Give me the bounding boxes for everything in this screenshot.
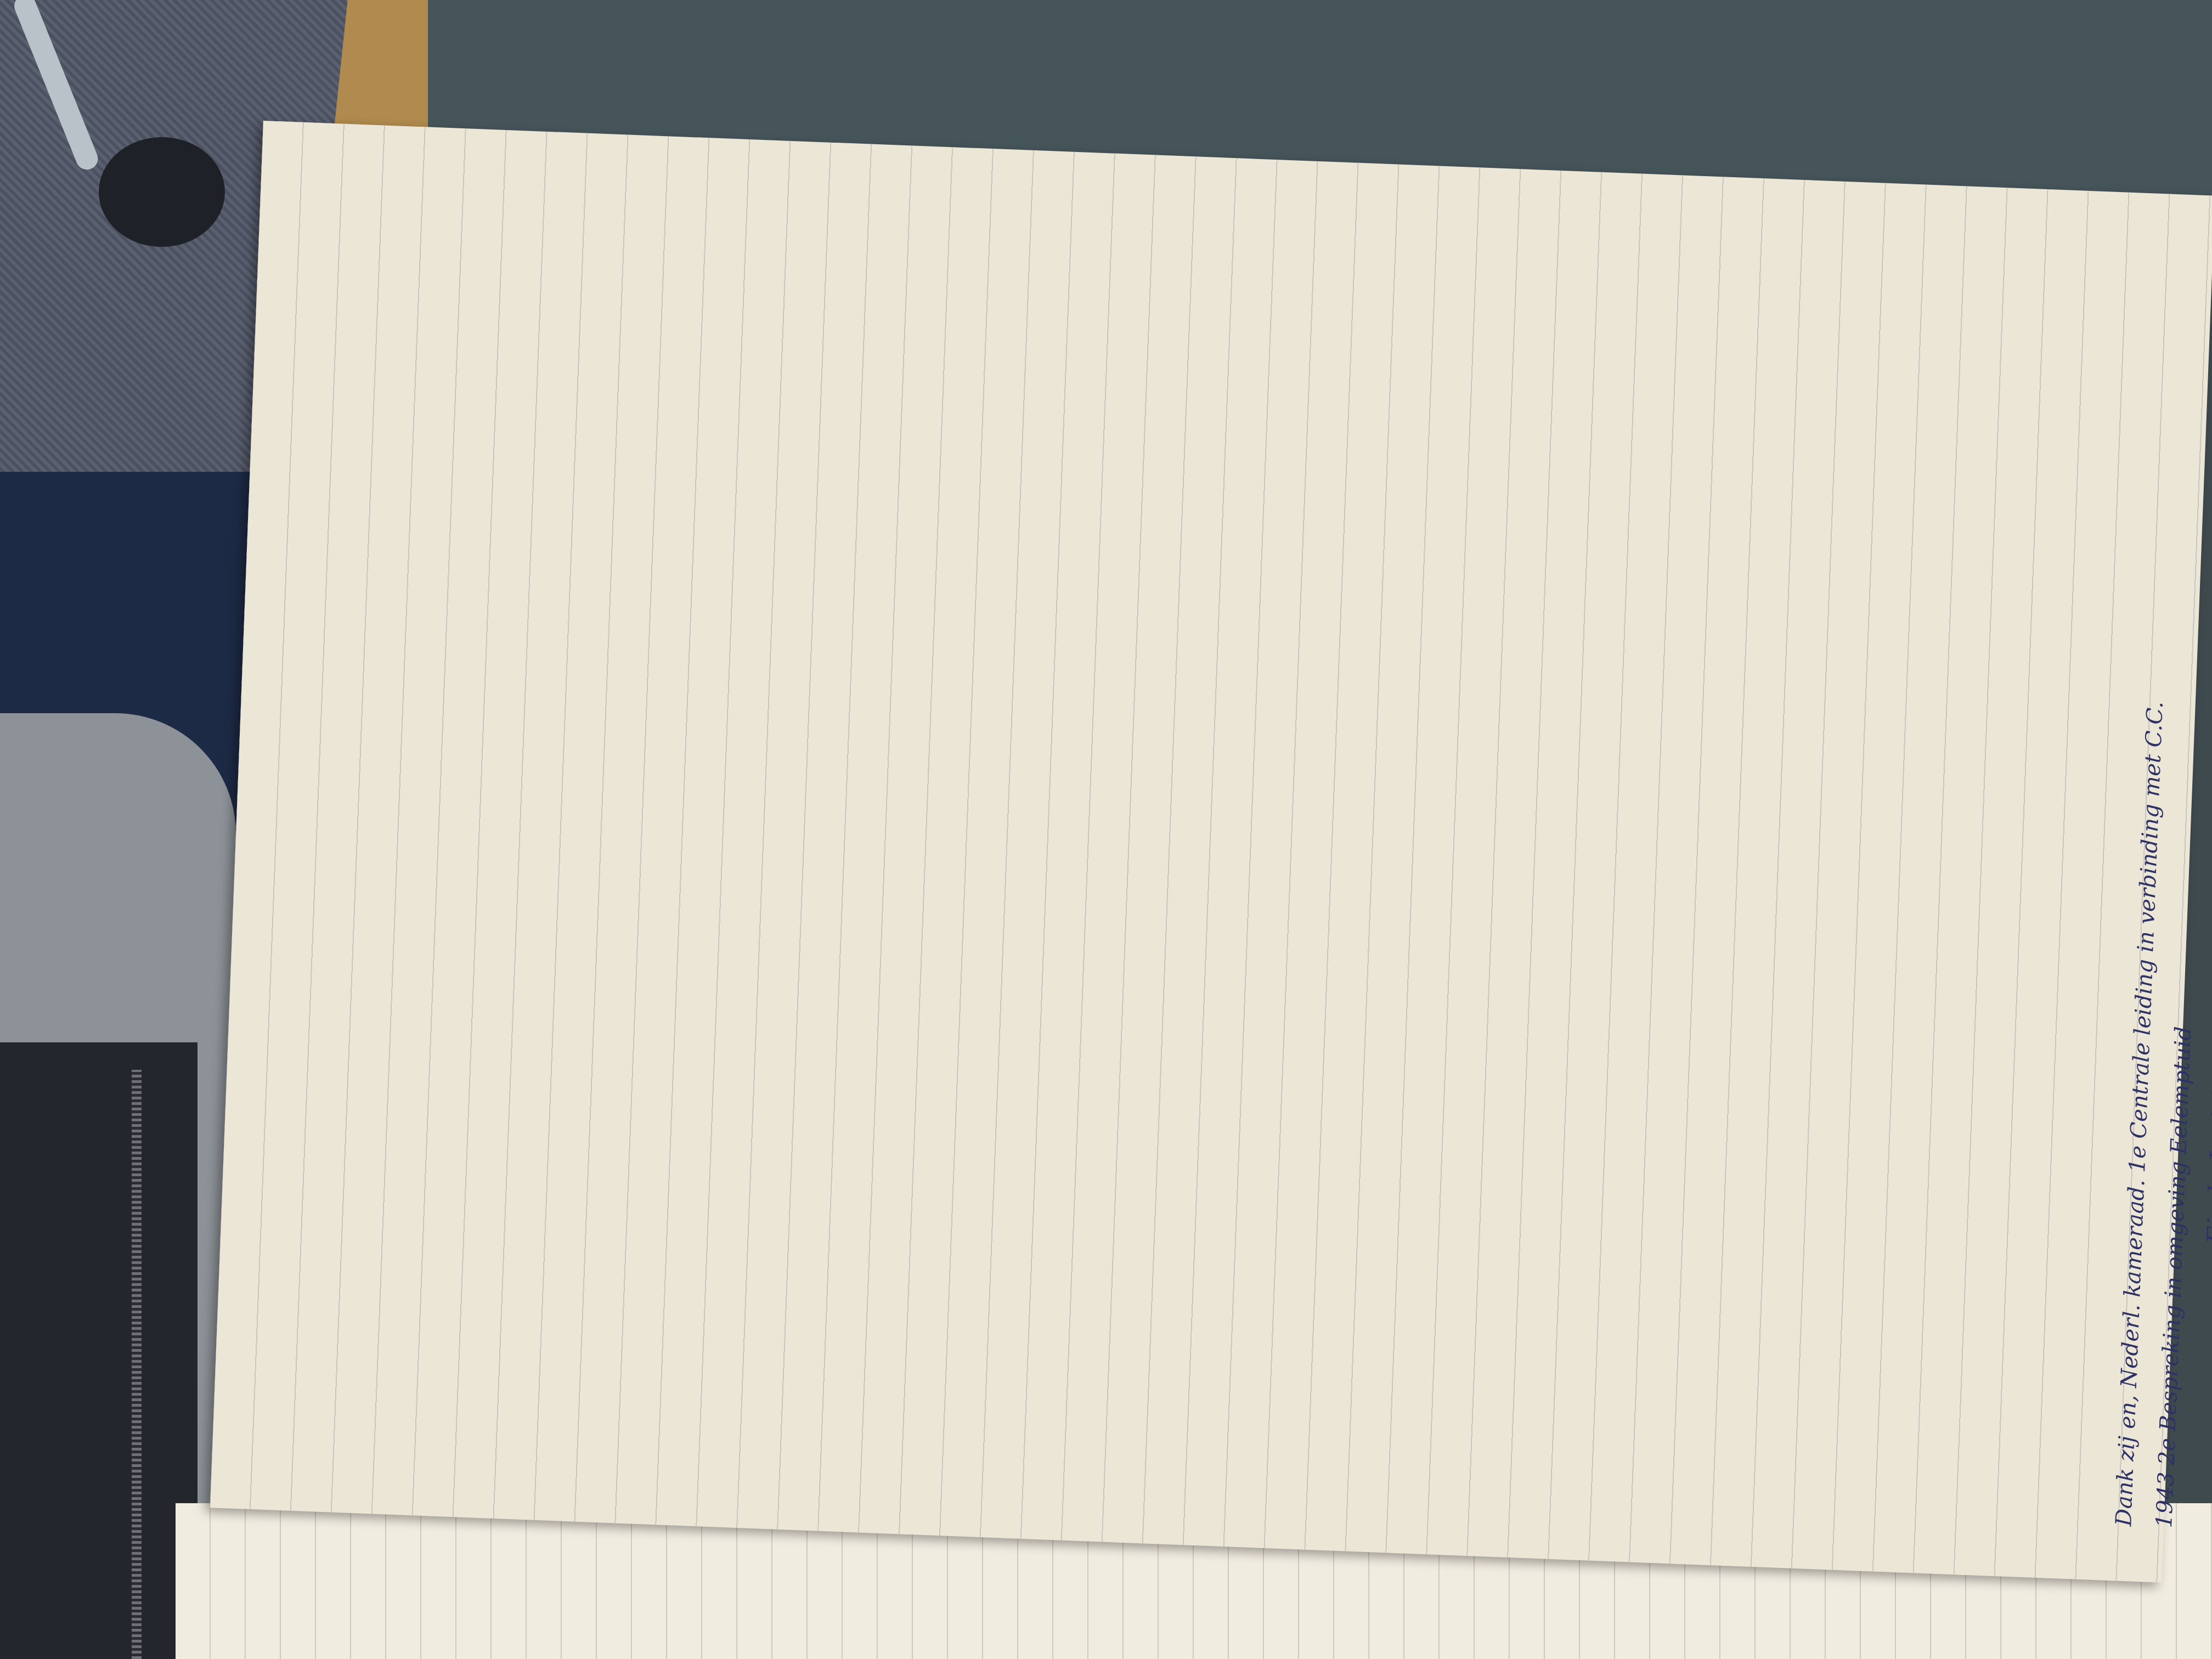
- bag-zipper: [132, 1070, 142, 1659]
- chair-wheel: [99, 137, 225, 247]
- page-ruling: [210, 121, 2212, 1583]
- date-heading-text: Einde Juni 1945: [2201, 1039, 2212, 1245]
- bag: [0, 1042, 198, 1659]
- handwritten-page: Dank zij en, Nederl. kameraad. 1e Centra…: [210, 121, 2212, 1583]
